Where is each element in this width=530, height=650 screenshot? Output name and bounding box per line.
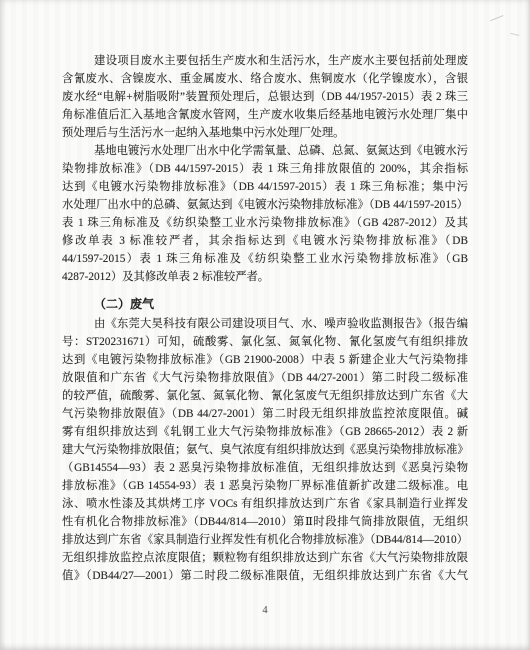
text-line: 废水经“电解+树脂吸附”装置预处理后，总银达到（DB 44/1957-2015）… [62,88,468,106]
text-line: 4287-2012）及其修改单表 2 标准较严者。 [62,268,468,286]
text-line: 雾有组织排放达到《轧钢工业大气污染物排放标准》（GB 28665-2012）表 … [62,423,468,441]
text-line: 含氰废水、含镍废水、重金属废水、络合废水、焦铜废水（化学镍废水），含银 [62,70,468,88]
page-number: 4 [0,605,530,616]
text-line: 水处理厂出水中的总磷、氨氮达到《电镀水污染物排放标准》（DB 44/1597-2… [62,196,468,214]
text-line: 44/1597-2015）表 1 珠三角标准及《纺织染整工业水污染物排放标准》（… [62,250,468,268]
text-line: 放限值和广东省《大气污染物排放限值》（DB 44/27-2001）第二时段二级标… [62,369,468,387]
paragraph-wastewater-overview: 建设项目废水主要包括生产废水和生活污水，生产废水主要包括前处理废水、 含氰废水、… [62,52,468,142]
text-line: 的较严值，硫酸雾、氯化氢、氮氧化物、氰化氢废气无组织排放达到广东省《大 [62,387,468,405]
scanned-document-page: 建设项目废水主要包括生产废水和生活污水，生产废水主要包括前处理废水、 含氰废水、… [0,0,530,650]
text-line: 排放达到广东省《家具制造行业挥发性有机化合物排放标准》（DB44/814—201… [62,531,468,549]
scan-artifact-mark [487,7,504,22]
text-line: 修改单表 3 标准较严者，其余指标达到《电镀水污染物排放标准》（DB [62,232,468,250]
text-line: 达到《电镀污染物排放标准》（GB 21900-2008）中表 5 新建企业大气污… [62,351,468,369]
text-line: 预处理后与生活污水一起纳入基地集中污水处理厂处理。 [62,124,468,142]
text-line: 排放标准》（GB 14554-93）表 1 恶臭污染物厂界标准值新扩改建二级标准… [62,477,468,495]
scan-artifact-mark [510,27,520,36]
text-line: 号：ST20231671）可知，硫酸雾、氯化氢、氮氧化物、氰化氢废气有组织排放 [62,333,468,351]
paragraph-waste-gas-standards: 由《东莞大昊科技有限公司建设项目气、水、噪声验收监测报告》（报告编 号：ST20… [62,315,468,585]
text-line: 建设项目废水主要包括生产废水和生活污水，生产废水主要包括前处理废水、 [62,52,468,70]
text-line: 泳、喷水性漆及其烘烤工序 VOCs 有组织排放达到广东省《家具制造行业挥发 [62,495,468,513]
text-line: 气污染物排放限值》（DB 44/27-2001）第二时段无组织排放监控浓度限值。… [62,405,468,423]
text-line: 由《东莞大昊科技有限公司建设项目气、水、噪声验收监测报告》（报告编 [62,315,468,333]
text-line: 性有机化合物排放标准》（DB44/814—2010）第Ⅱ时段排气筒排放限值，无组… [62,513,468,531]
text-line: （GB14554—93）表 2 恶臭污染物排放标准值，无组织排放达到《恶臭污染物 [62,459,468,477]
text-line: 染物排放标准》（DB 44/1597-2015）表 1 珠三角排放限值的 200… [62,160,468,178]
text-line: 表 1 珠三角标准及《纺织染整工业水污染物排放标准》（GB 4287-2012）… [62,214,468,232]
text-line: 建大气污染物排放限值；氨气、臭气浓度有组织排放达到《恶臭污染物排放标准》 [62,441,468,459]
paragraph-wastewater-standards: 基地电镀污水处理厂出水中化学需氧量、总磷、总氮、氨氮达到《电镀水污 染物排放标准… [62,142,468,286]
text-line: 值》（DB44/27—2001）第二时段二级标准限值，无组织排放达到广东省《大气 [62,567,468,585]
section-heading-waste-gas: （二）废气 [62,295,468,313]
text-line: 角标准值后汇入基地含氰废水管网，生产废水收集后经基地电镀污水处理厂集中 [62,106,468,124]
text-line: 达到《电镀水污染物排放标准》（DB 44/1597-2015）表 1 珠三角标准… [62,178,468,196]
text-line: 基地电镀污水处理厂出水中化学需氧量、总磷、总氮、氨氮达到《电镀水污 [62,142,468,160]
page-content: 建设项目废水主要包括生产废水和生活污水，生产废水主要包括前处理废水、 含氰废水、… [62,52,468,585]
text-line: 无组织排放监控点浓度限值；颗粒物有组织排放达到广东省《大气污染物排放限 [62,549,468,567]
